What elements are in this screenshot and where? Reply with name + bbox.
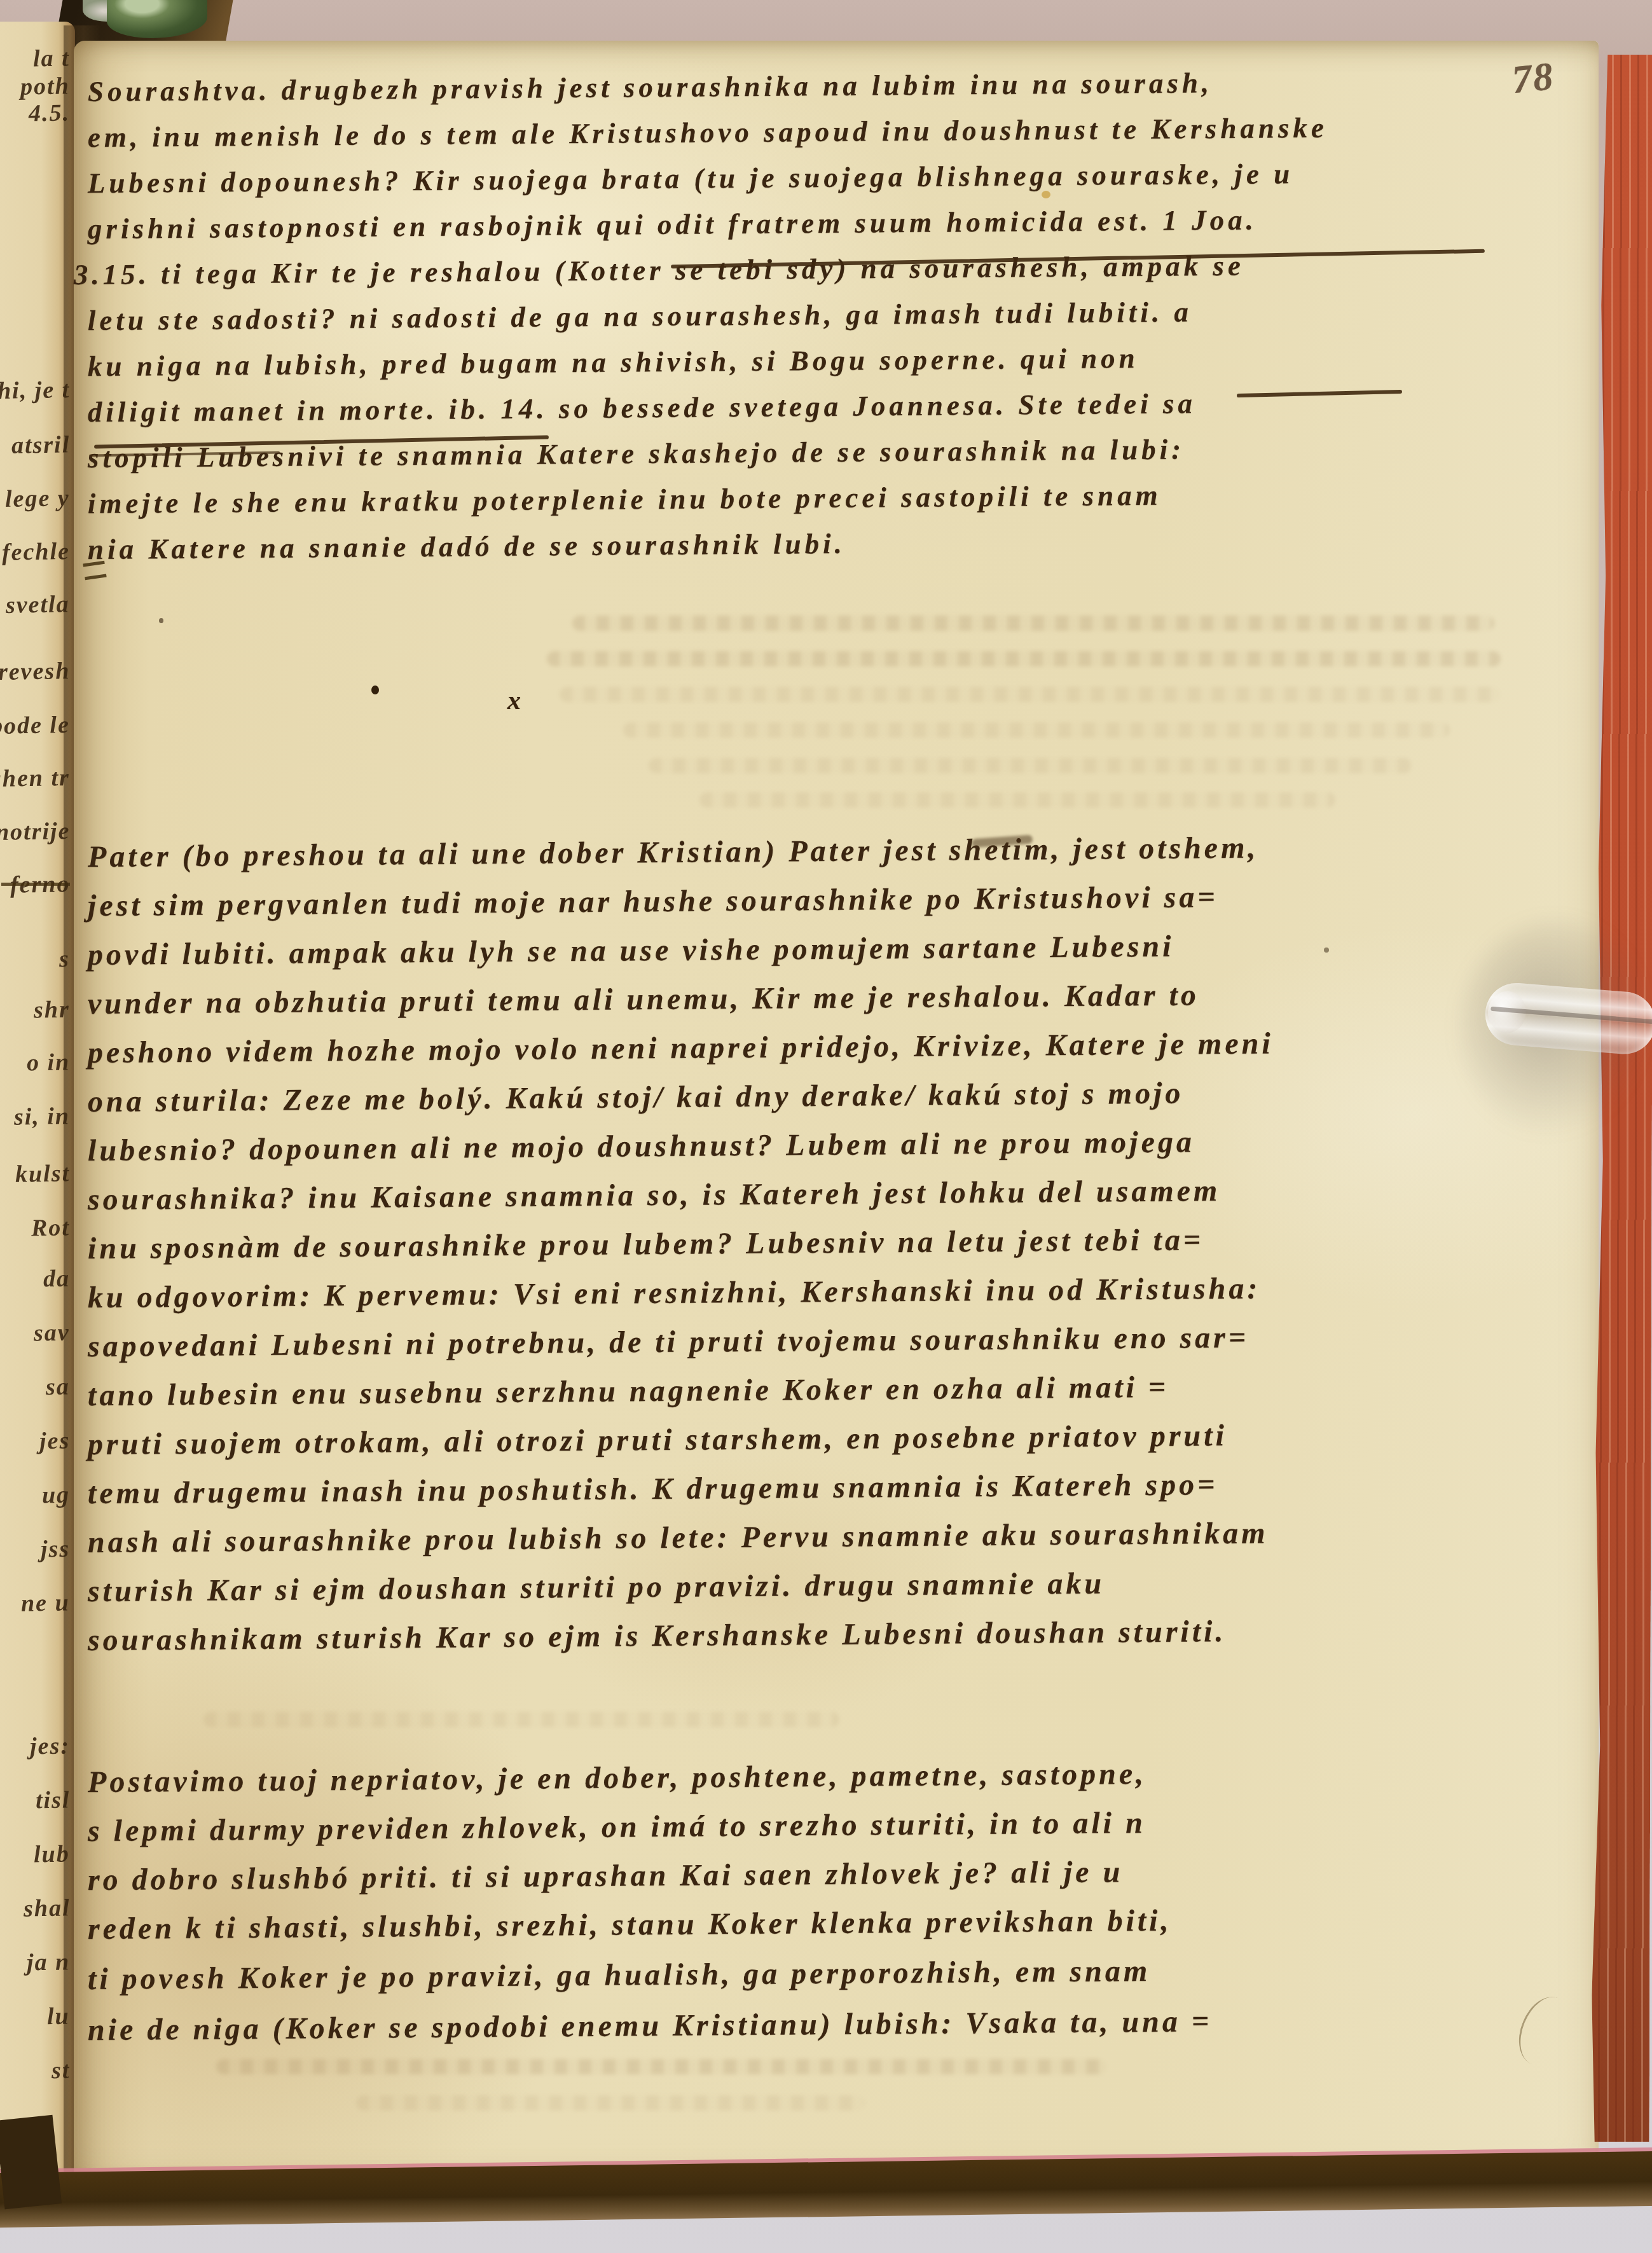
handwritten-line: nia Katere na snanie dadó de se sourashn… <box>88 527 846 566</box>
facing-page-text-fragment: ne u <box>21 1588 70 1617</box>
bleedthrough-line <box>560 687 1501 702</box>
ink-speck <box>1324 947 1329 953</box>
facing-page-text-fragment: fechle <box>2 537 71 567</box>
facing-page-ink-underline <box>1 883 70 886</box>
facing-page-text-fragment: svetla <box>6 590 70 619</box>
margin-equals-mark <box>83 561 106 580</box>
ink-speck <box>371 686 379 694</box>
section-x-mark: x <box>507 686 521 716</box>
facing-page-text-fragment: poth <box>20 72 70 100</box>
page-number: 78 <box>1510 54 1556 104</box>
facing-page-text-fragment: hi, je t <box>0 376 70 405</box>
bleedthrough-line <box>623 722 1450 738</box>
bleedthrough-line <box>547 651 1501 666</box>
bleedthrough-line <box>649 758 1412 773</box>
bleedthrough-line <box>356 2095 865 2111</box>
bleedthrough-line <box>216 2059 1106 2074</box>
facing-page-text-fragment: shen tr <box>0 764 70 793</box>
ink-speck <box>159 618 163 623</box>
cover-corner <box>0 2115 62 2210</box>
bleedthrough-line <box>203 1712 839 1727</box>
facing-page-text-fragment: kulst <box>15 1159 71 1188</box>
facing-page-text-fragment: revesh <box>0 657 70 686</box>
manuscript-photo: la tpoth4.5.hi, je tatsrillege yfechlesv… <box>0 0 1652 2253</box>
facing-page-text-fragment: si, in <box>14 1102 71 1131</box>
paper-stain-spot <box>1042 191 1050 198</box>
facing-page-text-fragment: notrije <box>0 817 70 846</box>
facing-page-text-fragment: bode le <box>0 711 70 740</box>
facing-page-text-fragment: atsril <box>11 431 70 460</box>
bleedthrough-line <box>572 616 1494 631</box>
facing-page-text-fragment: lege y <box>5 484 70 513</box>
bleedthrough-line <box>699 792 1335 808</box>
